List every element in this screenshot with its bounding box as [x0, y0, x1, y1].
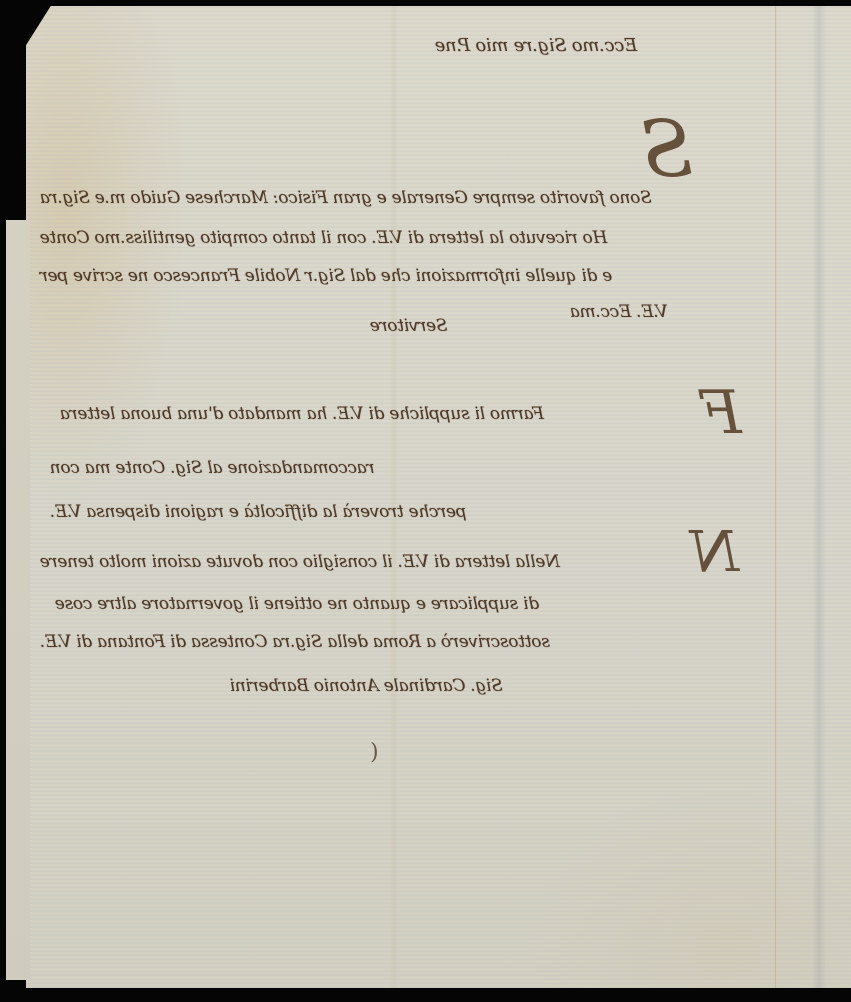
paragraph-1-line-3: e di quelle informazioni che dal Sig.r N…	[40, 266, 612, 286]
paragraph-1-line-4: V.E. Ecc.ma	[570, 302, 668, 322]
stray-pen-mark: (	[370, 740, 379, 765]
manuscript-page	[26, 6, 851, 988]
center-crease	[390, 6, 398, 988]
paragraph-1-initial: S	[640, 105, 693, 195]
paragraph-1-line-1: Sono favorito sempre Generale e gran Fis…	[40, 188, 652, 208]
paragraph-3-initial: N	[690, 520, 739, 585]
paragraph-2-line-3: perche troverà la difficoltà e ragioni d…	[50, 502, 467, 522]
paragraph-2-line-2: raccomandazione al Sig. Conte ma con	[50, 458, 375, 478]
paragraph-1-line-2: Ho ricevuto la lettera di V.E. con il ta…	[40, 228, 607, 248]
paragraph-1-line-5: Servitore	[370, 316, 447, 336]
fold-line	[775, 6, 777, 988]
paragraph-3-line-1: Nella lettera di V.E. il consiglio con d…	[40, 552, 560, 572]
paragraph-3-line-3: sottoscriverò a Roma della Sig.ra Contes…	[40, 632, 550, 652]
paragraph-2-line-1: Farmo li suppliche di V.E. ha mandato d'…	[60, 404, 544, 424]
fold-shadow	[812, 6, 826, 988]
page-edge	[6, 220, 30, 980]
paragraph-3-line-4: Sig. Cardinale Antonio Barberini	[230, 676, 503, 696]
dateline: Ecc.mo Sig.re mio P.ne	[435, 35, 637, 56]
paragraph-3-line-2: di supplicare e quanto ne ottiene il gov…	[55, 594, 539, 614]
paragraph-2-initial: F	[700, 378, 742, 448]
